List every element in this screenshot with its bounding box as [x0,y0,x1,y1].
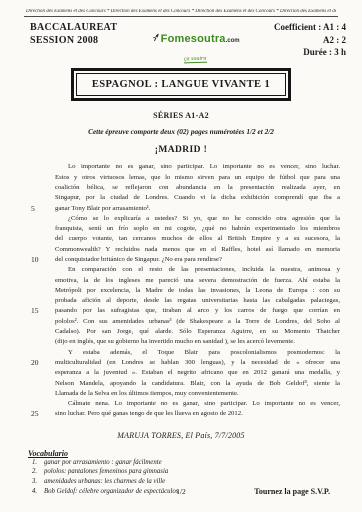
coefficient-a1: Coefficient : A1 : 4 [274,21,346,34]
vocabulary-item: 2.pololos: pantalones femeninos para gim… [28,467,342,477]
line-text: emotiva, la de los ingleses me pareció u… [55,276,340,286]
pages-notice: Cette épreuve comporte deux (02) pages n… [0,127,362,136]
turn-page-instruction: Tournez la page S.V.P. [254,487,330,496]
vocabulary-item: 1.ganar por arrasamiento : ganar fácilme… [28,458,342,468]
line-text: multiculturalidad (en Londres se hablan … [55,358,340,368]
body-line: franquista, sentí un frío soplo en mi co… [55,224,340,234]
vocab-item-number: 3. [32,477,37,487]
vocab-item-number: 2. [32,467,37,477]
line-text: Cadalso). Por san Jorge, qué alarde. Sól… [55,327,340,337]
body-line: Lo importante no es ganar, sino particip… [55,162,340,172]
duration: Durée : 3 h [274,46,346,59]
logo-tagline: ça soutra [184,56,207,64]
text-heading: ¡MADRID ! [0,145,362,155]
line-text: esperanza a la juventud ». Estaban el ne… [55,368,340,378]
page-header: BACCALAUREAT SESSION 2008 Fomesoutra.com… [30,21,346,65]
vocabulary-title: Vocabulario [28,449,342,458]
line-number: 15 [31,306,39,316]
vocab-item-text: ganar por arrasamiento : ganar fácilment… [44,459,162,466]
body-line: (dijo en inglés, que su gobierno ha inve… [55,337,340,347]
body-line: Llamada de la Selva en los últimos tiemp… [55,389,340,399]
body-line: 25sino luchar. Pero qué ganas tengo de q… [55,409,340,419]
body-line: esperanza a la juventud ». Estaban el ne… [55,368,340,378]
body-line: coalición bélica, se reflejaron con abun… [55,183,340,193]
logo-text: Fomesoutra [161,33,226,45]
logo-area: Fomesoutra.com ça soutra [117,21,274,65]
fomesoutra-logo: Fomesoutra.com ça soutra [152,29,240,65]
series-label: SÉRIES A1-A2 [0,111,362,120]
body-line: Estos y otros virtuosos lemas, que lo mi… [55,173,340,183]
exam-identification: BACCALAUREAT SESSION 2008 [30,21,117,47]
line-text: del conquistador británico de Singapur. … [55,255,340,265]
page-footer: 1/2 Tournez la page S.V.P. [0,487,362,499]
line-text: probada afición al deporte, desde las re… [55,296,340,306]
line-number: 20 [31,358,39,368]
body-line: 10del conquistador británico de Singapur… [55,255,340,265]
line-text: ganar Tony Blair por arrasamiento¹. [55,204,340,214]
line-text: Nelson Mandela, apoyando la candidatura.… [55,379,340,389]
vocab-item-number: 1. [32,458,37,468]
line-number: 5 [31,204,35,214]
vocabulary-item: 3.amenidades urbanas: les charmes de la … [28,477,342,487]
body-line: del cuerpo votante, tan cercanos muchos … [55,234,340,244]
coefficient-block: Coefficient : A1 : 4 A2 : 2 Durée : 3 h [274,21,346,59]
body-line: probada afición al deporte, desde las re… [55,296,340,306]
line-text: sino luchar. Pero qué ganas tengo de que… [55,409,340,419]
line-text: franquista, sentí un frío soplo en mi co… [55,224,340,234]
body-line: Nelson Mandela, apoyando la candidatura.… [55,379,340,389]
vocab-item-text: pololos: pantalones femeninos para gimna… [44,468,168,475]
line-number: 10 [31,255,39,265]
body-line: Cadalso). Por san Jorge, qué alarde. Sól… [55,327,340,337]
body-line: Metrópoli por excelencia, la Madre de to… [55,286,340,296]
line-text: pasando por las sufragistas que, tiraban… [55,306,340,316]
line-text: del cuerpo votante, tan cercanos muchos … [55,234,340,244]
line-text: Metrópoli por excelencia, la Madre de to… [55,286,340,296]
line-text: Commonwealth? Y recluidos nada menos que… [55,245,340,255]
line-number: 25 [31,409,39,419]
author-citation: MARUJA TORRES, El País, 7/7/2005 [0,431,362,440]
line-text: Y estaba además, el Toque Blair para pos… [55,348,340,358]
subject-title-box: ESPAGNOL : LANGUE VIVANTE 1 [71,68,291,101]
administrative-banner: Direction des Examens et des Concours * … [26,9,336,14]
body-line: Commonwealth? Y recluidos nada menos que… [55,245,340,255]
subject-title: ESPAGNOL : LANGUE VIVANTE 1 [76,73,286,96]
body-line: pololos². Con sus amenidades urbanas³ (d… [55,317,340,327]
exam-page: Direction des Examens et des Concours * … [0,0,362,512]
line-text: Singapur, por la ciudad de Londres. Cuan… [55,193,340,203]
leaf-icon [152,29,160,47]
line-text: Cálmate nena. Lo importante no es ganar,… [55,399,340,409]
body-line: 20multiculturalidad (en Londres se habla… [55,358,340,368]
line-text: Estos y otros virtuosos lemas, que lo mi… [55,173,340,183]
line-text: coalición bélica, se reflejaron con abun… [55,183,340,193]
line-text: pololos². Con sus amenidades urbanas³ (d… [55,317,340,327]
line-text: En comparación con el resto de las prese… [55,265,340,275]
body-line: Y estaba además, el Toque Blair para pos… [55,348,340,358]
logo-tld: .com [226,38,240,44]
exam-session: SESSION 2008 [30,34,117,47]
body-line: 15pasando por las sufragistas que, tirab… [55,306,340,316]
body-line: Singapur, por la ciudad de Londres. Cuan… [55,193,340,203]
vocab-item-text: amenidades urbanas: les charmes de la vi… [44,478,165,485]
body-line: emotiva, la de los ingleses me pareció u… [55,276,340,286]
coefficient-a2: A2 : 2 [274,34,346,47]
body-line: 5ganar Tony Blair por arrasamiento¹. [55,204,340,214]
body-line: ¿Cómo se lo explicaría a ustedes? Si yo,… [55,214,340,224]
line-text: (dijo en inglés, que su gobierno ha inve… [55,337,340,347]
line-text: Lo importante no es ganar, sino particip… [55,162,340,172]
line-text: Llamada de la Selva en los últimos tiemp… [55,389,340,399]
reading-text: Lo importante no es ganar, sino particip… [55,162,340,419]
exam-name: BACCALAUREAT [30,21,117,34]
body-line: En comparación con el resto de las prese… [55,265,340,275]
banner-divider [24,16,338,17]
body-line: Cálmate nena. Lo importante no es ganar,… [55,399,340,409]
line-text: ¿Cómo se lo explicaría a ustedes? Si yo,… [55,214,340,224]
